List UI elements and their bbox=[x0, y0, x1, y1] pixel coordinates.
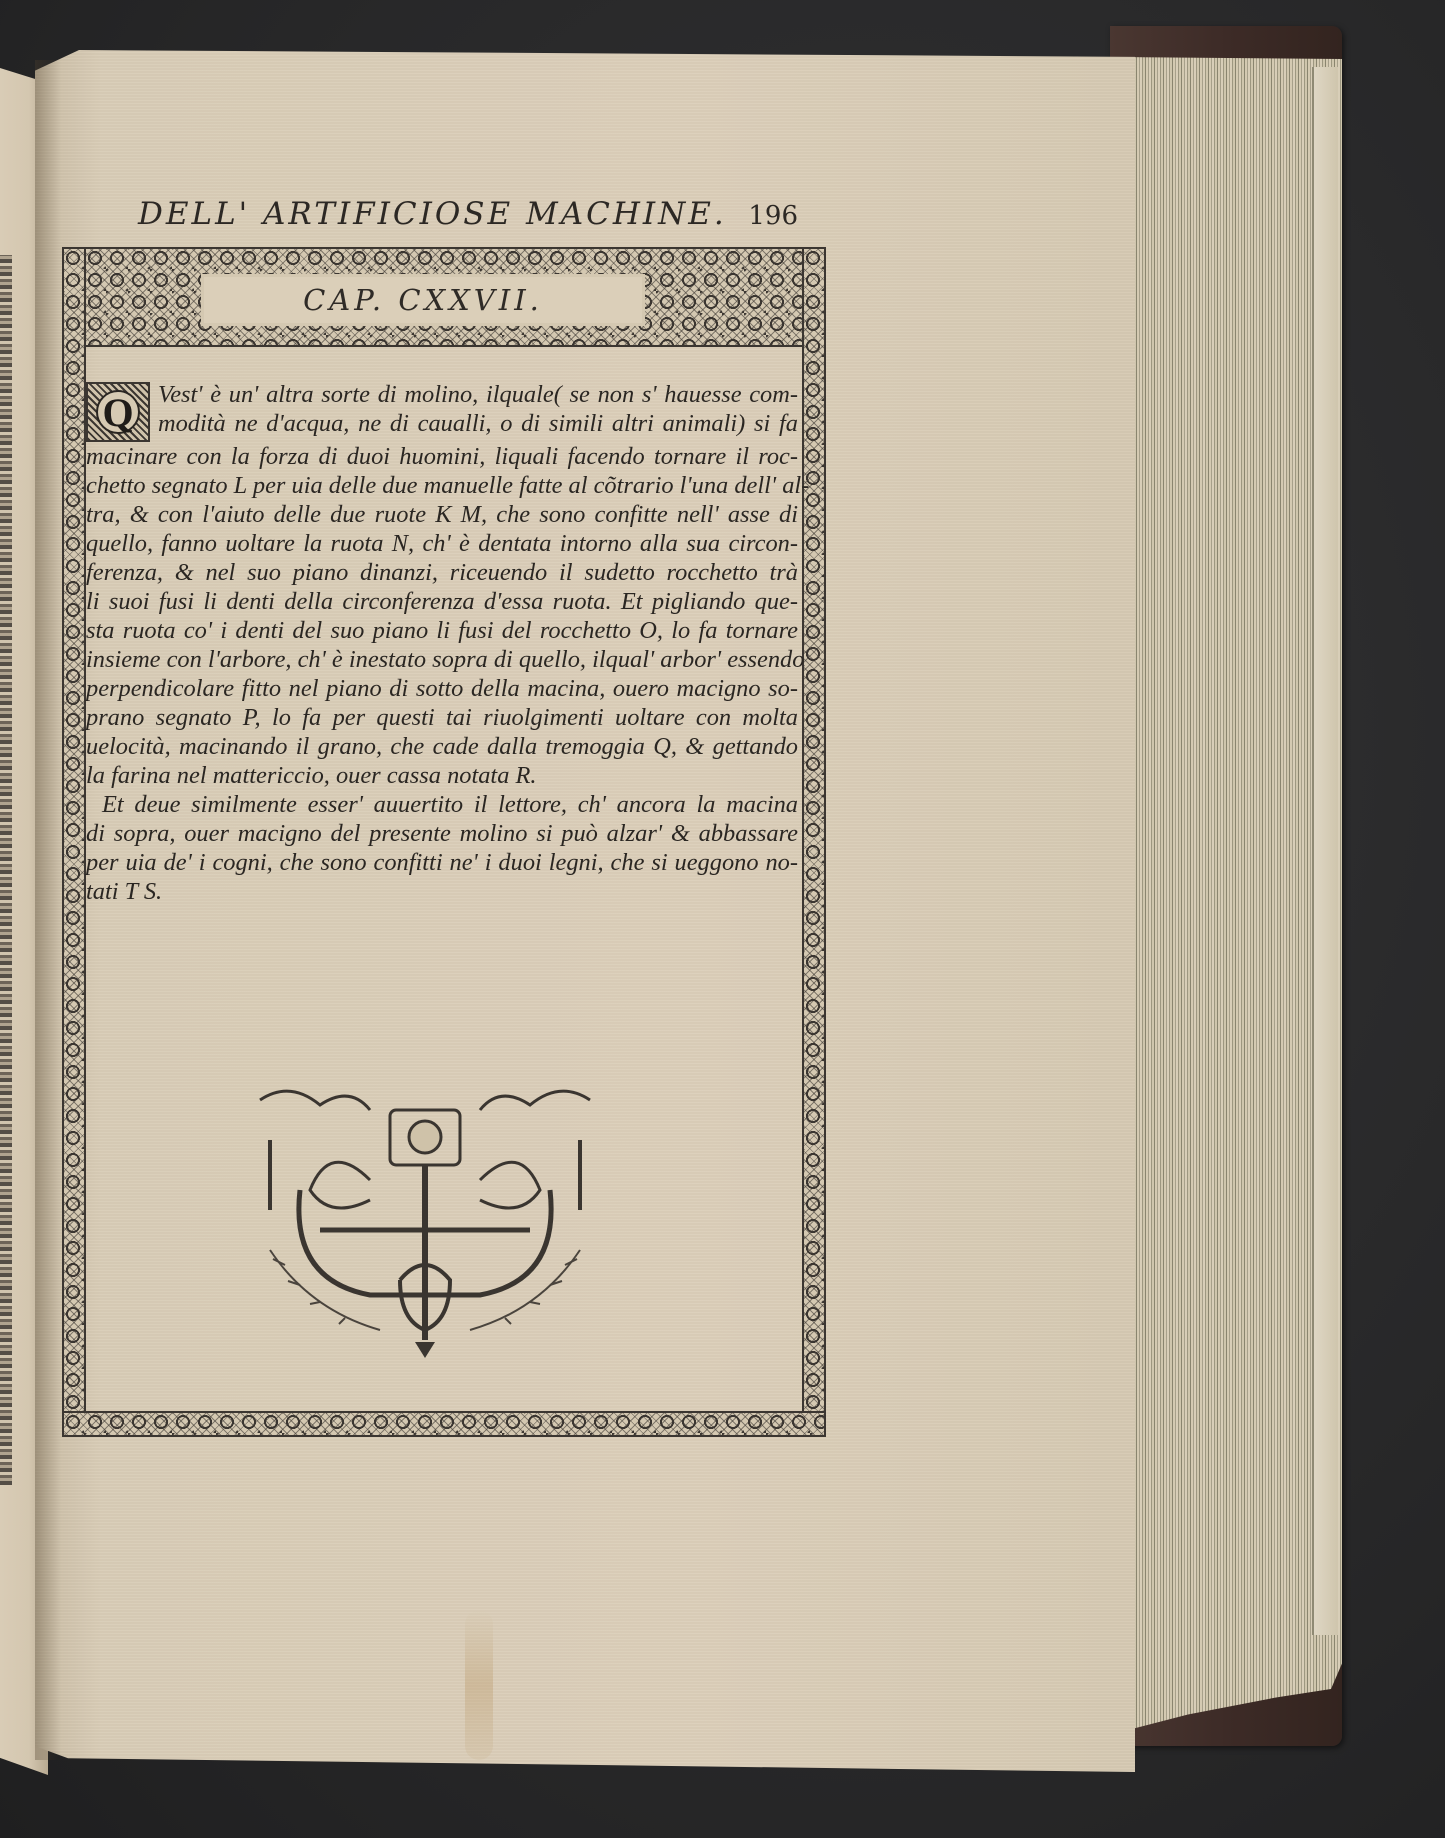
text-line: uelocità, macinando il grano, che cade d… bbox=[86, 732, 798, 761]
gutter-shadow bbox=[35, 60, 61, 1760]
frame-right-band bbox=[802, 247, 826, 1437]
text-line: perpendicolare fitto nel piano di sotto … bbox=[86, 674, 798, 703]
chapter-heading: CAP. CXXVII. bbox=[303, 283, 543, 317]
left-page-border-strip bbox=[0, 255, 12, 1485]
text-line: insieme con l'arbore, ch' è inestato sop… bbox=[86, 645, 798, 674]
page-stack-fore-edge bbox=[1122, 57, 1342, 1757]
chapter-cartouche: CAP. CXXVII. bbox=[204, 277, 642, 323]
text-line: Vest' è un' altra sorte di molino, ilqua… bbox=[86, 380, 798, 409]
paragraph-1: Q Vest' è un' altra sorte di molino, ilq… bbox=[86, 380, 798, 442]
text-line: macinare con la forza di duoi huomini, l… bbox=[86, 442, 798, 471]
text-line: prano segnato P, lo fa per questi tai ri… bbox=[86, 703, 798, 732]
text-line: quello, fanno uoltare la ruota N, ch' è … bbox=[86, 529, 798, 558]
text-line: chetto segnato L per uia delle due manue… bbox=[86, 471, 798, 500]
running-head: DELL' ARTIFICIOSE MACHINE. 196 bbox=[138, 196, 798, 236]
frame-left-band bbox=[62, 247, 86, 1437]
text-line: tra, & con l'aiuto delle due ruote K M, … bbox=[86, 500, 798, 529]
text-line: di sopra, ouer macigno del presente moli… bbox=[86, 819, 798, 848]
text-line: per uia de' i cogni, che sono confitti n… bbox=[86, 848, 798, 877]
text-line: li suoi fusi li denti della circonferenz… bbox=[86, 587, 798, 616]
text-line: tati T S. bbox=[86, 877, 798, 906]
endpaper-edge bbox=[1312, 67, 1338, 1635]
text-line: la farina nel mattericcio, ouer cassa no… bbox=[86, 761, 798, 790]
frame-bottom-band bbox=[62, 1411, 826, 1437]
text-line: modità ne d'acqua, ne di caualli, o di s… bbox=[86, 409, 798, 438]
tailpiece-fleuron-ornament bbox=[250, 1080, 600, 1360]
page-number: 196 bbox=[748, 201, 798, 231]
drop-cap-ornament: Q bbox=[86, 382, 150, 442]
chapter-body: Q Vest' è un' altra sorte di molino, ilq… bbox=[86, 380, 798, 906]
text-line: Et deue similmente esser' auuertito il l… bbox=[86, 790, 798, 819]
text-line: sta ruota co' i denti del suo piano li f… bbox=[86, 616, 798, 645]
running-head-title: DELL' ARTIFICIOSE MACHINE. bbox=[138, 196, 727, 232]
drop-cap-letter: Q bbox=[96, 390, 140, 434]
text-line: ferenza, & nel suo piano dinanzi, riceue… bbox=[86, 558, 798, 587]
paper-stain bbox=[465, 1610, 493, 1760]
